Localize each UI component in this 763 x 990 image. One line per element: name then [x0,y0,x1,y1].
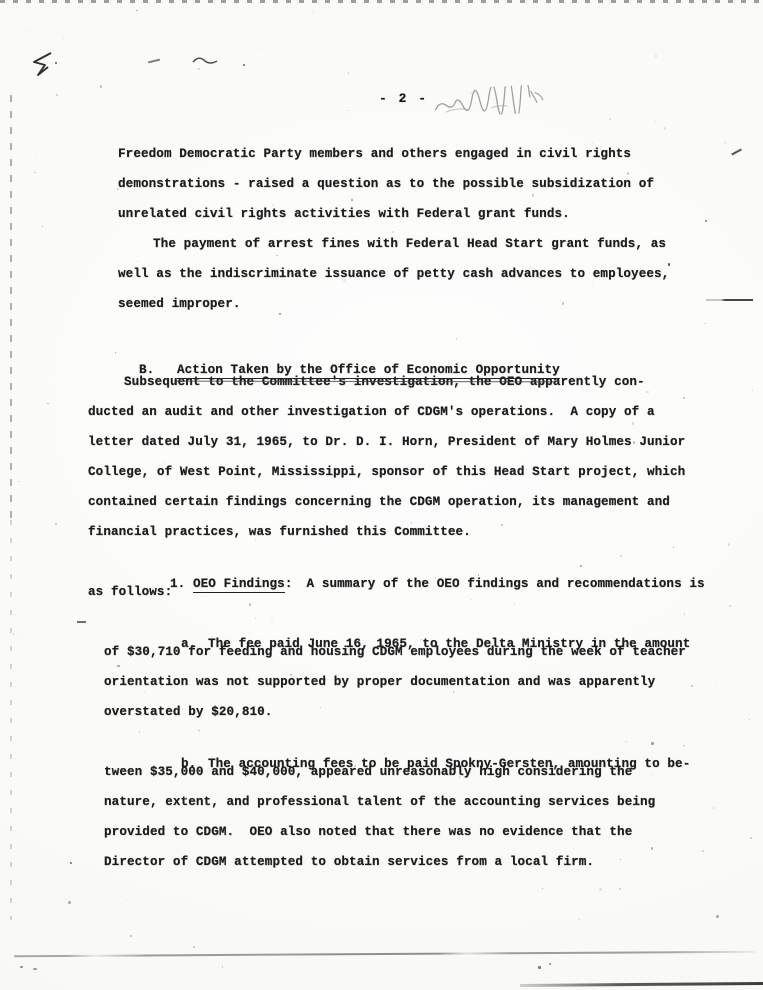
text-line: financial practices, was furnished this … [0,521,763,551]
scan-speck [243,64,245,66]
text-line: of $30,710 for feeding and housing CDGM … [0,641,763,671]
section-heading-line: B.Action Taken by the Office of Economic… [0,337,763,367]
text-line: orientation was not supported by proper … [0,671,763,701]
text-line: ducted an audit and other investigation … [0,401,763,431]
text-line: demonstrations - raised a question as to… [0,173,763,203]
text-line: letter dated July 31, 1965, to Dr. D. I.… [0,431,763,461]
finding-item-b-line: b.The accounting fees to be paid Spokny-… [0,731,763,761]
findings-summary: A summary of the OEO findings and recomm… [307,577,705,591]
pencil-tick-mark [148,59,160,64]
scan-speck [70,862,72,864]
text-line: Freedom Democratic Party members and oth… [0,143,763,173]
scan-speck [55,62,57,64]
scan-speck [668,263,670,266]
scanned-document-page: - 2 - Freedom Democratic Party members a… [0,0,763,990]
findings-colon: : [285,577,293,591]
findings-number: 1. [170,573,193,595]
photocopy-streak-bottom [520,982,763,986]
scan-edge-artifact [0,0,763,3]
text-line: nature, extent, and professional talent … [0,791,763,821]
finding-item-a-line: a.The fee paid June 16, 1965, to the Del… [0,611,763,641]
text-line: College, of West Point, Mississippi, spo… [0,461,763,491]
scan-speck [705,220,707,222]
text-line: overstated by $20,810. [0,701,763,731]
text-line: provided to CDGM. OEO also noted that th… [0,821,763,851]
text-line: unrelated civil rights activities with F… [0,203,763,233]
scan-speck [549,963,551,965]
scan-speck [20,966,23,968]
typewritten-text-block: Freedom Democratic Party members and oth… [0,143,763,881]
text-line: Director of CDGM attempted to obtain ser… [0,851,763,881]
section-heading: Action Taken by the Office of Economic O… [177,363,560,379]
text-line: The payment of arrest fines with Federal… [0,233,763,263]
scan-speck [33,968,37,970]
handwritten-check-mark [28,50,58,82]
text-line: contained certain findings concerning th… [0,491,763,521]
scan-speck [538,966,541,969]
handwritten-note-illegible [430,84,549,118]
page-number: - 2 - [379,91,428,106]
photocopy-streak [14,951,756,958]
findings-intro-line: 1.OEO Findings:A summary of the OEO find… [0,551,763,581]
text-line: seemed improper. [0,293,763,323]
text-line: well as the indiscriminate issuance of p… [0,263,763,293]
findings-title: OEO Findings [193,577,285,593]
pencil-squiggle-mark [191,53,219,67]
